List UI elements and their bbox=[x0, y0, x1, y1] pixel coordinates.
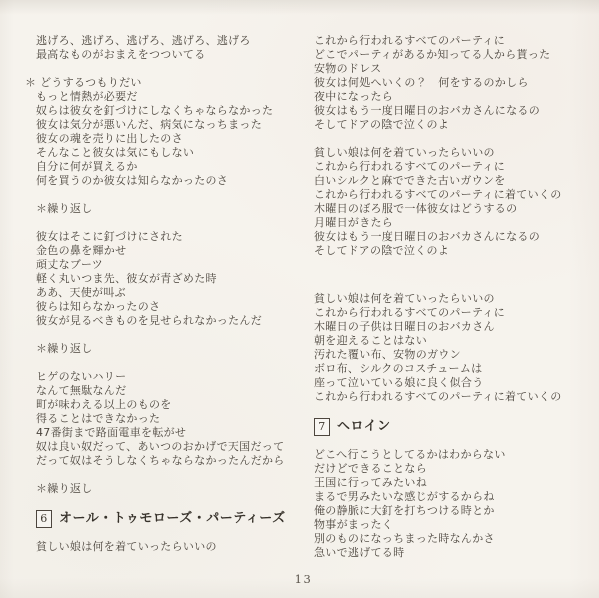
lyric-line: なんて無駄なんだ bbox=[36, 384, 314, 398]
lyric-line: そんなこと彼女は気にもしない bbox=[36, 146, 314, 160]
lyric-line: もっと情熱が必要だ bbox=[36, 90, 314, 104]
lyric-line: 貧しい娘は何を着ていったらいいの bbox=[314, 146, 592, 160]
lyric-line: 彼女は何処へいくの？ 何をするのかしら bbox=[314, 76, 592, 90]
lyric-stanza: これから行われるすべてのパーティにどこでパーティがあるか知ってる人から貰った安物… bbox=[314, 34, 592, 132]
song-title-text: オール・トゥモローズ・パーティーズ bbox=[59, 512, 286, 526]
lyric-line: ＊繰り返し bbox=[36, 202, 314, 216]
lyric-line: ＊ どうするつもりだい bbox=[36, 76, 314, 90]
lyric-line: 急いで逃げてる時 bbox=[314, 546, 592, 560]
lyric-line: 軽く丸いつま先、彼女が青ざめた時 bbox=[36, 272, 314, 286]
lyric-line: どこへ行こうとしてるかはわからない bbox=[314, 448, 592, 462]
lyric-stanza: ＊ どうするつもりだいもっと情熱が必要だ奴らは彼女を釘づけにしなくちゃならなかっ… bbox=[36, 76, 314, 188]
lyric-line: 奴らは彼女を釘づけにしなくちゃならなかった bbox=[36, 104, 314, 118]
lyric-stanza: 貧しい娘は何を着ていったらいいのこれから行われるすべてのパーティに木曜日の子供は… bbox=[314, 292, 592, 404]
lyric-line: 朝を迎えることはない bbox=[314, 334, 592, 348]
lyric-stanza: ＊繰り返し bbox=[36, 342, 314, 356]
lyric-line: だって奴はそうしなくちゃならなかったんだから bbox=[36, 454, 314, 468]
lyric-stanza: どこへ行こうとしてるかはわからないだけどできることなら王国に行ってみたいねまるで… bbox=[314, 448, 592, 560]
lyric-line: 王国に行ってみたいね bbox=[314, 476, 592, 490]
lyric-line: 別のものになっちまった時なんかさ bbox=[314, 532, 592, 546]
lyric-line: 最高なものがおまえをつついてる bbox=[36, 48, 314, 62]
lyric-stanza: 貧しい娘は何を着ていったらいいのこれから行われるすべてのパーティに白いシルクと麻… bbox=[314, 146, 592, 258]
lyric-line: 白いシルクと麻でできた古いガウンを bbox=[314, 174, 592, 188]
lyric-line: 逃げろ、逃げろ、逃げろ、逃げろ、逃げろ bbox=[36, 34, 314, 48]
song-title-text: ヘロイン bbox=[337, 420, 391, 434]
lyric-line: 彼女はそこに釘づけにされた bbox=[36, 230, 314, 244]
lyric-stanza: 彼女はそこに釘づけにされた金色の鼻を輝かせ頑丈なブーツ軽く丸いつま先、彼女が青ざ… bbox=[36, 230, 314, 328]
song-title: 7ヘロイン bbox=[314, 418, 592, 436]
lyric-line: ああ、天使が叫ぶ bbox=[36, 286, 314, 300]
lyric-line: これから行われるすべてのパーティに bbox=[314, 160, 592, 174]
lyric-line: 座って泣いている娘に良く似合う bbox=[314, 376, 592, 390]
track-number-box: 7 bbox=[314, 418, 330, 436]
lyric-line: 彼女は気分が悪いんだ、病気になっちまった bbox=[36, 118, 314, 132]
lyric-line: 彼らは知らなかったのさ bbox=[36, 300, 314, 314]
lyric-line: 俺の静脈に大釘を打ちつける時とか bbox=[314, 504, 592, 518]
track-number-box: 6 bbox=[36, 510, 52, 528]
lyric-line: 彼女はもう一度日曜日のおバカさんになるの bbox=[314, 104, 592, 118]
lyric-line: だけどできることなら bbox=[314, 462, 592, 476]
lyric-line: 彼女の魂を売りに出したのさ bbox=[36, 132, 314, 146]
lyric-line: ヒゲのないハリー bbox=[36, 370, 314, 384]
lyric-line: 汚れた覆い布、安物のガウン bbox=[314, 348, 592, 362]
lyric-line: これから行われるすべてのパーティに着ていくの bbox=[314, 188, 592, 202]
lyric-line: 彼女はもう一度日曜日のおバカさんになるの bbox=[314, 230, 592, 244]
lyric-stanza: 貧しい娘は何を着ていったらいいの bbox=[36, 540, 314, 554]
lyric-line: 何を買うのか彼女は知らなかったのさ bbox=[36, 174, 314, 188]
booklet-page: { "page": { "paper_color": "#f6f3ed", "i… bbox=[0, 0, 599, 598]
lyric-line: どこでパーティがあるか知ってる人から貰った bbox=[314, 48, 592, 62]
lyric-line: そしてドアの陰で泣くのよ bbox=[314, 244, 592, 258]
song-title: 6オール・トゥモローズ・パーティーズ bbox=[36, 510, 314, 528]
lyrics-column-right: これから行われるすべてのパーティにどこでパーティがあるか知ってる人から貰った安物… bbox=[314, 34, 592, 574]
lyric-line: 木曜日のぼろ服で一体彼女はどうするの bbox=[314, 202, 592, 216]
lyric-line: これから行われるすべてのパーティに bbox=[314, 34, 592, 48]
lyric-line: 貧しい娘は何を着ていったらいいの bbox=[36, 540, 314, 554]
lyric-line: これから行われるすべてのパーティに bbox=[314, 306, 592, 320]
lyric-line: 頑丈なブーツ bbox=[36, 258, 314, 272]
lyric-line: 木曜日の子供は日曜日のおバカさん bbox=[314, 320, 592, 334]
lyric-stanza: ＊繰り返し bbox=[36, 482, 314, 496]
lyric-line: 自分に何が買えるか bbox=[36, 160, 314, 174]
lyric-line: 月曜日がきたら bbox=[314, 216, 592, 230]
lyric-line: 安物のドレス bbox=[314, 62, 592, 76]
lyric-line: これから行われるすべてのパーティに着ていくの bbox=[314, 390, 592, 404]
lyric-line: まるで男みたいな感じがするからね bbox=[314, 490, 592, 504]
lyric-line: 町が味わえる以上のものを bbox=[36, 398, 314, 412]
page-number: 13 bbox=[0, 572, 599, 586]
lyric-line: そしてドアの陰で泣くのよ bbox=[314, 118, 592, 132]
lyric-line: 奴は良い奴だって、あいつのおかげで天国だって bbox=[36, 440, 314, 454]
lyric-line: 物事がまったく bbox=[314, 518, 592, 532]
lyric-line: ボロ布、シルクのコスチュームは bbox=[314, 362, 592, 376]
lyric-line: 貧しい娘は何を着ていったらいいの bbox=[314, 292, 592, 306]
lyric-stanza: 逃げろ、逃げろ、逃げろ、逃げろ、逃げろ最高なものがおまえをつついてる bbox=[36, 34, 314, 62]
lyric-line: 夜中になったら bbox=[314, 90, 592, 104]
lyric-line: 金色の鼻を輝かせ bbox=[36, 244, 314, 258]
lyric-line: ＊繰り返し bbox=[36, 482, 314, 496]
lyric-line: 47番街まで路面電車を転がせ bbox=[36, 426, 314, 440]
lyrics-column-left: 逃げろ、逃げろ、逃げろ、逃げろ、逃げろ最高なものがおまえをつついてる＊ どうする… bbox=[36, 34, 314, 568]
lyric-line: ＊繰り返し bbox=[36, 342, 314, 356]
lyric-line: 彼女が見るべきものを見せられなかったんだ bbox=[36, 314, 314, 328]
lyric-stanza: ＊繰り返し bbox=[36, 202, 314, 216]
lyric-stanza: ヒゲのないハリーなんて無駄なんだ町が味わえる以上のものを得ることはできなかった4… bbox=[36, 370, 314, 468]
lyric-line: 得ることはできなかった bbox=[36, 412, 314, 426]
